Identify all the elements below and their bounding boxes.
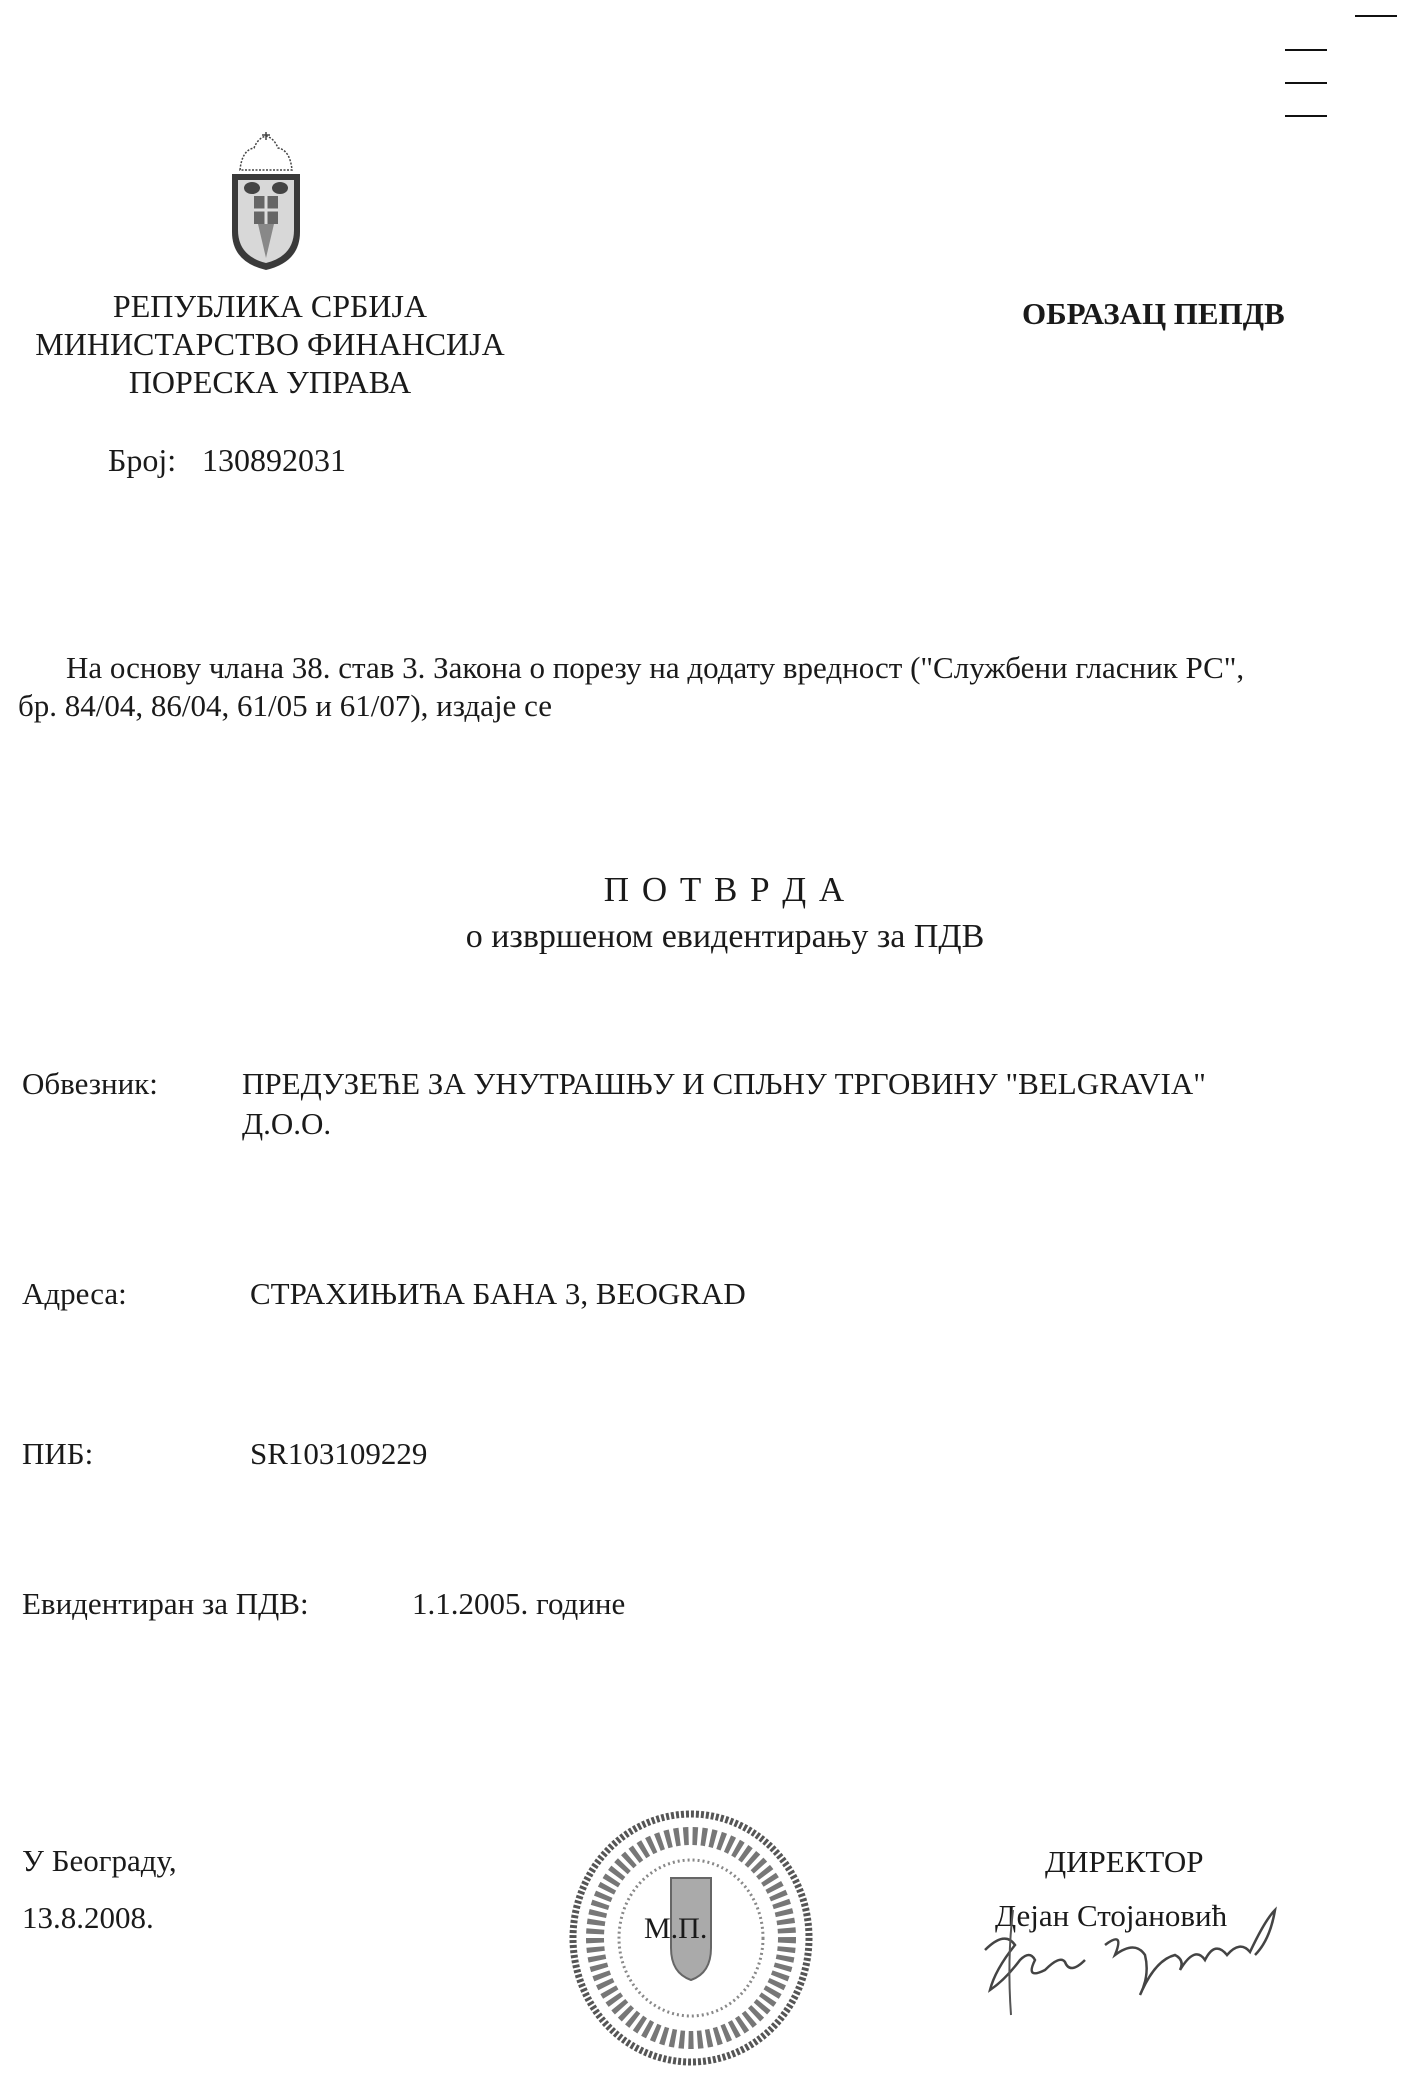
adresa-label: Адреса:: [22, 1278, 127, 1309]
obveznik-label: Обвезник:: [22, 1068, 158, 1099]
document-number-label: Број:: [108, 444, 176, 476]
form-code: ОБРАЗАЦ ПЕПДВ: [1022, 296, 1285, 332]
issuer-block: РЕПУБЛИКА СРБИЈА МИНИСТАРСТВО ФИНАНСИЈА …: [0, 287, 540, 401]
preamble-line-2: бр. 84/04, 86/04, 61/05 и 61/07), издаје…: [18, 690, 552, 721]
evidentiran-label: Евидентиран за ПДВ:: [22, 1588, 309, 1619]
pib-value: SR103109229: [250, 1438, 427, 1469]
evidentiran-value: 1.1.2005. године: [412, 1588, 625, 1619]
issuer-line-ministry: МИНИСТАРСТВО ФИНАНСИЈА: [0, 325, 540, 363]
stamp-label: М.П.: [644, 1912, 707, 1946]
issuer-line-agency: ПОРЕСКА УПРАВА: [0, 363, 540, 401]
document-subtitle: о извршеном евидентирању за ПДВ: [0, 918, 1408, 956]
margin-mark: [1285, 49, 1327, 51]
margin-mark: [1285, 82, 1327, 84]
document-title: П О Т В Р Д А: [0, 870, 1408, 910]
document-number-value: 130892031: [202, 444, 346, 476]
place-of-issue: У Београду,: [22, 1845, 177, 1876]
serbian-coat-of-arms-icon: [228, 132, 304, 272]
obveznik-value-line-2: Д.О.О.: [242, 1108, 331, 1139]
margin-mark: [1285, 115, 1327, 117]
preamble-line-1: На основу члана 38. став 3. Закона о пор…: [66, 652, 1244, 683]
adresa-value: СТРАХИЊИЋА БАНА 3, BEOGRAD: [250, 1278, 746, 1309]
corner-mark: [1355, 15, 1397, 17]
director-title: ДИРЕКТОР: [1045, 1846, 1204, 1877]
pib-label: ПИБ:: [22, 1438, 93, 1469]
obveznik-value: ПРЕДУЗЕЋЕ ЗА УНУТРАШЊУ И СПЉНУ ТРГОВИНУ …: [242, 1068, 1206, 1099]
issuer-line-country: РЕПУБЛИКА СРБИЈА: [0, 287, 540, 325]
handwritten-signature-icon: [965, 1900, 1305, 2020]
issue-date: 13.8.2008.: [22, 1902, 154, 1933]
